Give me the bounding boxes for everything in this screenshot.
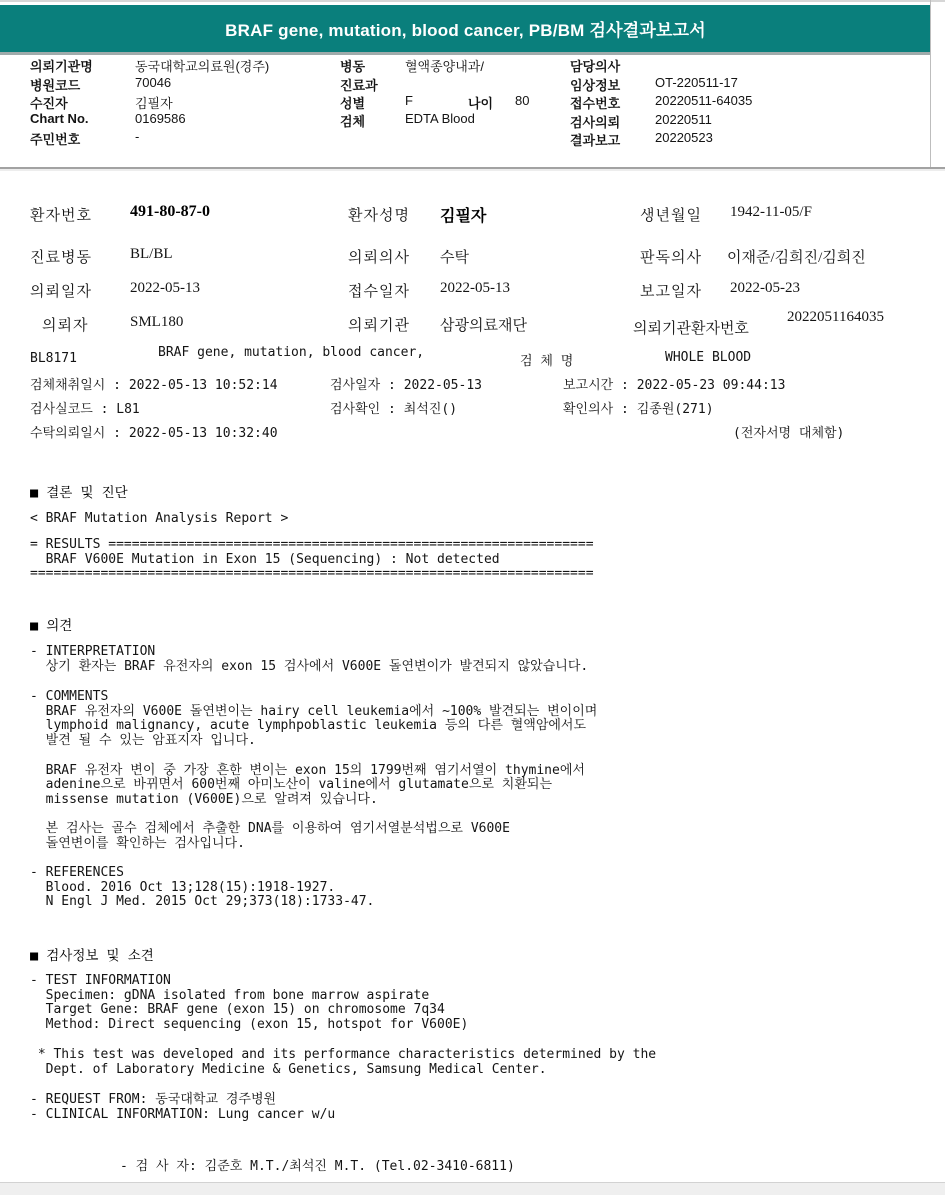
ward-value: 혈액종양내과/ [405, 56, 484, 75]
request-date-value: 2022-05-13 [130, 280, 200, 297]
test-request-value: 20220511 [655, 112, 712, 127]
patient-name-label: 환자성명 [348, 204, 410, 225]
request-from-block: - REQUEST FROM: 동국대학교 경주병원 - CLINICAL IN… [30, 1093, 335, 1122]
birth-date-value: 1942-11-05/F [730, 204, 812, 221]
resident-no-value: - [135, 129, 139, 144]
age-label: 나이 [468, 93, 493, 112]
right-edge-line [930, 0, 931, 170]
birth-date-label: 생년월일 [640, 204, 702, 225]
requesting-org-value: 동국대학교의료원(경주) [135, 56, 269, 75]
result-report-label: 결과보고 [570, 130, 620, 149]
test-confirm: 검사확인 : 최석진() [330, 398, 457, 417]
patient-no-label: 환자번호 [30, 204, 92, 225]
request-doctor-value: 수탁 [440, 246, 469, 267]
hospital-code-label: 병원코드 [30, 75, 80, 94]
confirm-doctor: 확인의사 : 김종원(271) [563, 398, 714, 417]
clinical-info-label: 임상정보 [570, 75, 620, 94]
requester-value: SML180 [130, 314, 183, 331]
top-edge-line [0, 0, 945, 2]
care-ward-label: 진료병동 [30, 246, 92, 267]
analysis-report-title: < BRAF Mutation Analysis Report > [30, 511, 288, 526]
sex-value: F [405, 93, 413, 108]
examinee-label: 수진자 [30, 93, 68, 112]
lab-report-page: BRAF gene, mutation, blood cancer, PB/BM… [0, 0, 945, 1195]
chart-no-value: 0169586 [135, 111, 186, 126]
consign-request-time: 수탁의뢰일시 : 2022-05-13 10:32:40 [30, 422, 278, 441]
requesting-org-label: 의뢰기관명 [30, 56, 93, 75]
requester-label: 의뢰자 [42, 314, 88, 335]
care-ward-value: BL/BL [130, 246, 173, 263]
specimen-name-label: 검 체 명 [520, 350, 573, 369]
hospital-code-value: 70046 [135, 75, 171, 90]
opinion-heading: ■ 의견 [30, 614, 72, 634]
report-title: BRAF gene, mutation, blood cancer, PB/BM… [225, 16, 706, 41]
request-org-label: 의뢰기관 [348, 314, 410, 335]
request-org-value: 삼광의료재단 [440, 314, 527, 335]
specimen-name-value: WHOLE BLOOD [665, 350, 751, 365]
bottom-strip [0, 1182, 945, 1195]
examiner-line: - 검 사 자: 김준호 M.T./최석진 M.T. (Tel.02-3410-… [120, 1155, 515, 1174]
patient-no-value: 491-80-87-0 [130, 203, 210, 221]
results-block: = RESULTS ==============================… [30, 538, 594, 582]
reading-doctor-value: 이재준/김희진/김희진 [727, 246, 866, 267]
specimen-label: 검체 [340, 111, 365, 130]
receipt-date-label: 접수일자 [348, 280, 410, 301]
ward-label: 병동 [340, 56, 365, 75]
reading-doctor-label: 판독의사 [640, 246, 702, 267]
collected-datetime: 검체채취일시 : 2022-05-13 10:52:14 [30, 374, 278, 393]
conclusion-heading: ■ 결론 및 진단 [30, 481, 128, 501]
department-label: 진료과 [340, 75, 378, 94]
request-date-label: 의뢰일자 [30, 280, 92, 301]
test-code: BL8171 [30, 351, 77, 366]
examinee-value: 김필자 [135, 93, 173, 112]
accession-no-value: 20220511-64035 [655, 93, 752, 108]
esign-note: (전자서명 대체함) [733, 422, 844, 441]
resident-no-label: 주민번호 [30, 129, 80, 148]
report-time: 보고시간 : 2022-05-23 09:44:13 [563, 374, 785, 393]
test-request-label: 검사의뢰 [570, 112, 620, 131]
comments-block: - COMMENTS BRAF 유전자의 V600E 돌연변이는 hairy c… [30, 690, 597, 852]
references-block: - REFERENCES Blood. 2016 Oct 13;128(15):… [30, 866, 374, 910]
disclaimer-note: * This test was developed and its perfor… [30, 1048, 656, 1077]
test-info-block: - TEST INFORMATION Specimen: gDNA isolat… [30, 974, 468, 1033]
test-info-heading: ■ 검사정보 및 소견 [30, 944, 154, 964]
lab-code: 검사실코드 : L81 [30, 398, 140, 417]
report-date-label: 보고일자 [640, 280, 702, 301]
org-patient-no-value: 2022051164035 [787, 309, 893, 325]
result-report-value: 20220523 [655, 130, 713, 145]
sex-label: 성별 [340, 93, 365, 112]
age-value: 80 [515, 93, 529, 108]
test-name: BRAF gene, mutation, blood cancer, [158, 345, 424, 360]
test-date: 검사일자 : 2022-05-13 [330, 374, 482, 393]
request-doctor-label: 의뢰의사 [348, 246, 410, 267]
patient-name-value: 김필자 [440, 203, 486, 226]
specimen-value: EDTA Blood [405, 111, 475, 126]
attending-doctor-label: 담당의사 [570, 56, 620, 75]
org-patient-no-label: 의뢰기관환자번호 [633, 317, 749, 338]
accession-no-label: 접수번호 [570, 93, 620, 112]
interpretation-block: - INTERPRETATION 상기 환자는 BRAF 유전자의 exon 1… [30, 645, 588, 674]
clinical-info-value: OT-220511-17 [655, 75, 738, 90]
section-divider [0, 167, 945, 171]
title-bar: BRAF gene, mutation, blood cancer, PB/BM… [0, 5, 931, 55]
receipt-date-value: 2022-05-13 [440, 280, 510, 297]
report-date-value: 2022-05-23 [730, 280, 800, 297]
chart-no-label: Chart No. [30, 111, 89, 126]
